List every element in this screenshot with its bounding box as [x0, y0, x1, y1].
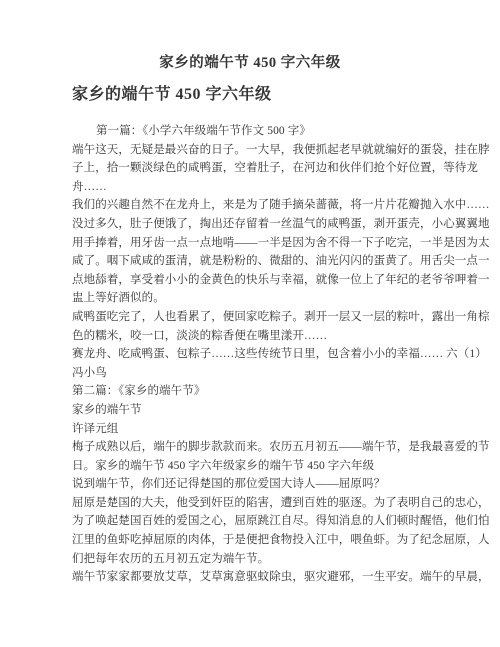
text-line: 说到端午节，你们还记得楚国的那位爱国大诗人——屈原吗？	[72, 475, 470, 494]
text-line: 子上，拾一颗淡绿色的咸鸭蛋，空着肚子，在河边和伙伴们抢个好位置，等待龙	[72, 159, 470, 178]
text-line: 许译元组	[72, 420, 470, 439]
text-line: 江里的鱼虾吃掉屈原的肉体，于是便把食物投入江中，喂鱼虾。为了纪念屈原，人	[72, 531, 470, 550]
text-line: 没过多久，肚子便饿了，掏出还存留着一丝温气的咸鸭蛋，剥开蛋壳，小心翼翼地	[72, 215, 470, 234]
text-line: 舟……	[72, 178, 470, 197]
text-line: 色的糯米，咬一口，淡淡的粽香便在嘴里漾开……	[72, 327, 470, 346]
document-title: 家乡的端午节 450 字六年级	[30, 54, 470, 72]
text-line: 盅上等好酒似的。	[72, 289, 470, 308]
text-line: 梅子成熟以后，端午的脚步款款而来。农历五月初五——端午节，是我最喜爱的节	[72, 438, 470, 457]
text-line: 用手捧着，用牙齿一点一点地啃——一半是因为舍不得一下子吃完，一半是因为太	[72, 234, 470, 253]
text-line: 赛龙舟、吃咸鸭蛋、包粽子……这些传统节日里，包含着小小的幸福…… 六（1）	[72, 345, 470, 364]
text-line: 第一篇：《小学六年级端午节作文 500 字》	[72, 122, 470, 141]
text-line: 咸了。咽下咸咸的蛋清，就是粉粉的、微甜的、油光闪闪的蛋黄了。用舌尖一点一	[72, 252, 470, 271]
text-line: 屈原是楚国的大夫，他受到奸臣的陷害，遭到百姓的驱逐。为了表明自己的忠心，	[72, 494, 470, 513]
text-line: 为了唤起楚国百姓的爱国之心，屈原跳江自尽。得知消息的人们顿时醒悟，他们怕	[72, 512, 470, 531]
text-line: 端午节家家都要放艾草，艾草寓意驱蚊除虫，驱灾避邪，一生平安。端午的早晨，	[72, 568, 470, 587]
text-line: 冯小鸟	[72, 364, 470, 383]
document-body: 第一篇：《小学六年级端午节作文 500 字》端午这天，无疑是最兴奋的日子。一大早…	[72, 122, 470, 587]
text-line: 第二篇：《家乡的端午节》	[72, 382, 470, 401]
text-line: 们把每年农历的五月初五定为端午节。	[72, 550, 470, 569]
text-line: 端午这天，无疑是最兴奋的日子。一大早，我便抓起老早就就编好的蛋袋，挂在脖	[72, 141, 470, 160]
text-line: 咸鸭蛋吃完了，人也看累了，便回家吃粽子。剥开一层又一层的粽叶，露出一角棕	[72, 308, 470, 327]
document-subtitle: 家乡的端午节 450 字六年级	[72, 85, 470, 105]
document-page: 家乡的端午节 450 字六年级 家乡的端午节 450 字六年级 第一篇：《小学六…	[0, 0, 500, 647]
text-line: 家乡的端午节	[72, 401, 470, 420]
text-line: 我们的兴趣自然不在龙舟上，来是为了随手摘朵蔷薇，将一片片花瓣抛入水中……	[72, 196, 470, 215]
text-line: 日。家乡的端午节 450 字六年级家乡的端午节 450 字六年级	[72, 457, 470, 476]
text-line: 点地舔着，享受着小小的金黄色的快乐与幸福，就像一位上了年纪的老爷爷呷着一	[72, 271, 470, 290]
